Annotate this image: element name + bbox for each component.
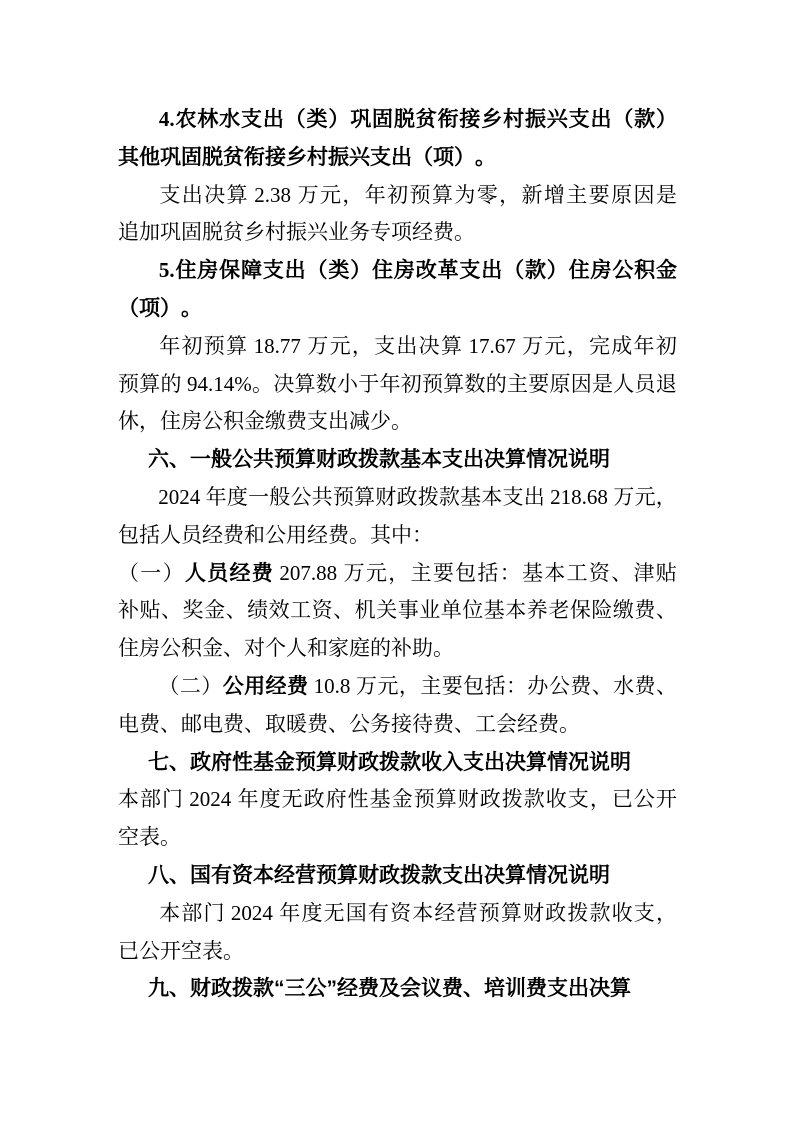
document-body: 4.农林水支出（类）巩固脱贫衔接乡村振兴支出（款）其他巩固脱贫衔接乡村振兴支出（… — [118, 101, 677, 1008]
item4-body-line-2: 追加巩固脱贫乡村振兴业务专项经费。 — [118, 214, 677, 252]
section7-body-line-1: 本部门 2024 年度无政府性基金预算财政拨款收支，已公开 — [118, 781, 677, 819]
section7-body-line-2: 空表。 — [118, 819, 677, 857]
item4-body-line-1: 支出决算 2.38 万元，年初预算为零，新增主要原因是 — [118, 177, 677, 215]
item5-body-line-2: 预算的 94.14%。决算数小于年初预算数的主要原因是人员退 — [118, 366, 677, 404]
section9-heading: 九、财政拨款“三公”经费及会议费、培训费支出决算 — [118, 970, 677, 1008]
section6-intro-line-2: 包括人员经费和公用经费。其中： — [118, 517, 677, 555]
section6-intro-line-1: 2024 年度一般公共预算财政拨款基本支出 218.68 万元， — [118, 479, 677, 517]
personnel-funds-line-1: （一）人员经费 207.88 万元，主要包括：基本工资、津贴 — [118, 555, 677, 593]
section8-body-line-2: 已公开空表。 — [118, 933, 677, 971]
item5-heading-line-1: 5.住房保障支出（类）住房改革支出（款）住房公积金 — [118, 252, 677, 290]
section8-heading: 八、国有资本经营预算财政拨款支出决算情况说明 — [118, 857, 677, 895]
section7-heading: 七、政府性基金预算财政拨款收入支出决算情况说明 — [118, 744, 677, 782]
item4-heading-line-2: 其他巩固脱贫衔接乡村振兴支出（项）。 — [118, 139, 677, 177]
personnel-funds-line-3: 住房公积金、对个人和家庭的补助。 — [118, 630, 677, 668]
section6-heading: 六、一般公共预算财政拨款基本支出决算情况说明 — [118, 441, 677, 479]
item4-heading-line-1: 4.农林水支出（类）巩固脱贫衔接乡村振兴支出（款） — [118, 101, 677, 139]
section8-body-line-1: 本部门 2024 年度无国有资本经营预算财政拨款收支， — [118, 895, 677, 933]
public-funds-line-2: 电费、邮电费、取暖费、公务接待费、工会经费。 — [118, 706, 677, 744]
item5-body-line-3: 休，住房公积金缴费支出减少。 — [118, 403, 677, 441]
item5-body-line-1: 年初预算 18.77 万元，支出决算 17.67 万元，完成年初 — [118, 328, 677, 366]
item5-heading-line-2: （项）。 — [118, 290, 677, 328]
public-funds-line-1: （二）公用经费 10.8 万元，主要包括：办公费、水费、 — [118, 668, 677, 706]
document-page: 4.农林水支出（类）巩固脱贫衔接乡村振兴支出（款）其他巩固脱贫衔接乡村振兴支出（… — [0, 0, 793, 1122]
personnel-funds-line-2: 补贴、奖金、绩效工资、机关事业单位基本养老保险缴费、 — [118, 592, 677, 630]
